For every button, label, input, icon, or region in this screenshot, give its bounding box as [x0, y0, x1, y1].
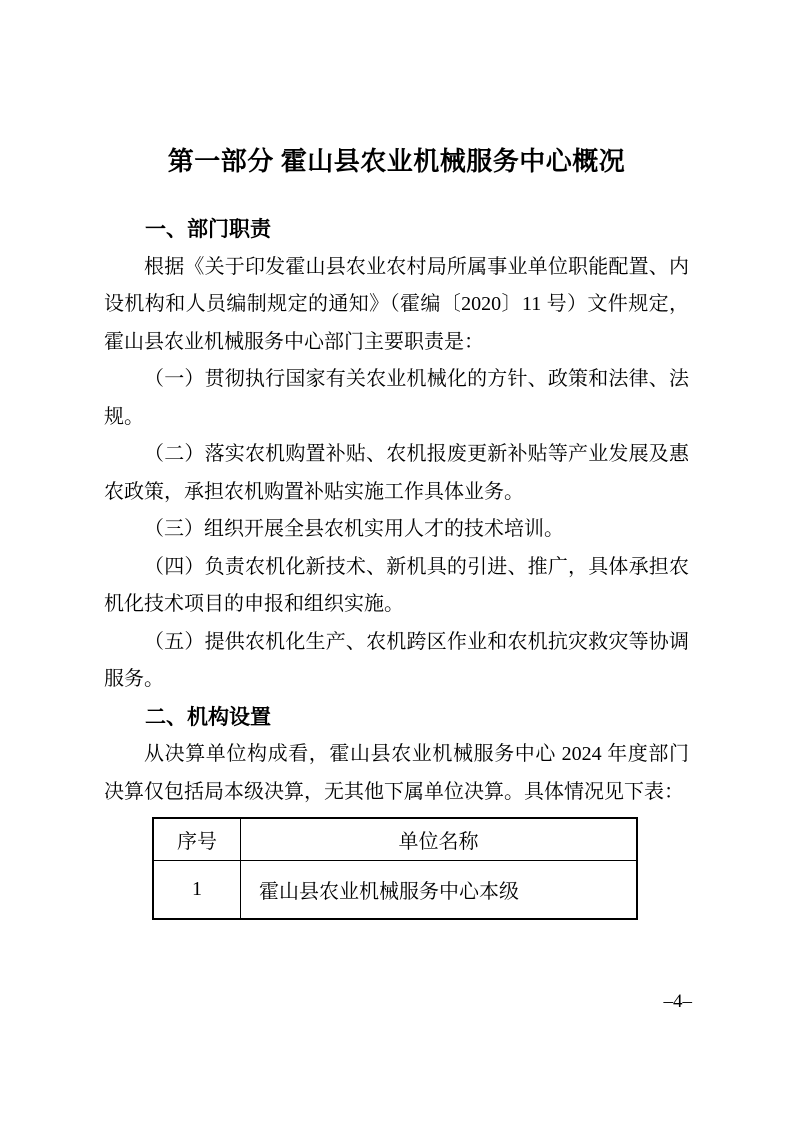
- paragraph-duty-2: （二）落实农机购置补贴、农机报废更新补贴等产业发展及惠农政策，承担农机购置补贴实…: [104, 436, 689, 511]
- paragraph-duty-4: （四）负责农机化新技术、新机具的引进、推广，具体承担农机化技术项目的申报和组织实…: [104, 549, 689, 624]
- units-table-header-row: 序号 单位名称: [153, 818, 637, 861]
- paragraph-unit-composition: 从决算单位构成看，霍山县农业机械服务中心 2024 年度部门决算仅包括局本级决算…: [104, 736, 689, 811]
- paragraph-duty-5: （五）提供农机化生产、农机跨区作业和农机抗灾救灾等协调服务。: [104, 624, 689, 699]
- table-header-seq: 序号: [153, 818, 241, 861]
- page-title: 第一部分 霍山县农业机械服务中心概况: [104, 147, 689, 177]
- cell-seq: 1: [153, 861, 241, 920]
- table-header-unit-name: 单位名称: [241, 818, 638, 861]
- paragraph-duty-1: （一）贯彻执行国家有关农业机械化的方针、政策和法律、法规。: [104, 361, 689, 436]
- section-heading-organization: 二、机构设置: [104, 699, 689, 737]
- paragraph-duty-3: （三）组织开展全县农机实用人才的技术培训。: [104, 511, 689, 549]
- page-content: 第一部分 霍山县农业机械服务中心概况 一、部门职责 根据《关于印发霍山县农业农村…: [104, 147, 689, 920]
- paragraph-basis: 根据《关于印发霍山县农业农村局所属事业单位职能配置、内设机构和人员编制规定的通知…: [104, 249, 689, 362]
- cell-unit-name: 霍山县农业机械服务中心本级: [241, 861, 638, 920]
- units-table: 序号 单位名称 1 霍山县农业机械服务中心本级: [152, 817, 638, 920]
- page-number: –4–: [664, 991, 693, 1013]
- document-page: 第一部分 霍山县农业机械服务中心概况 一、部门职责 根据《关于印发霍山县农业农村…: [0, 0, 793, 1122]
- section-heading-duties: 一、部门职责: [104, 211, 689, 249]
- units-table-row: 1 霍山县农业机械服务中心本级: [153, 861, 637, 920]
